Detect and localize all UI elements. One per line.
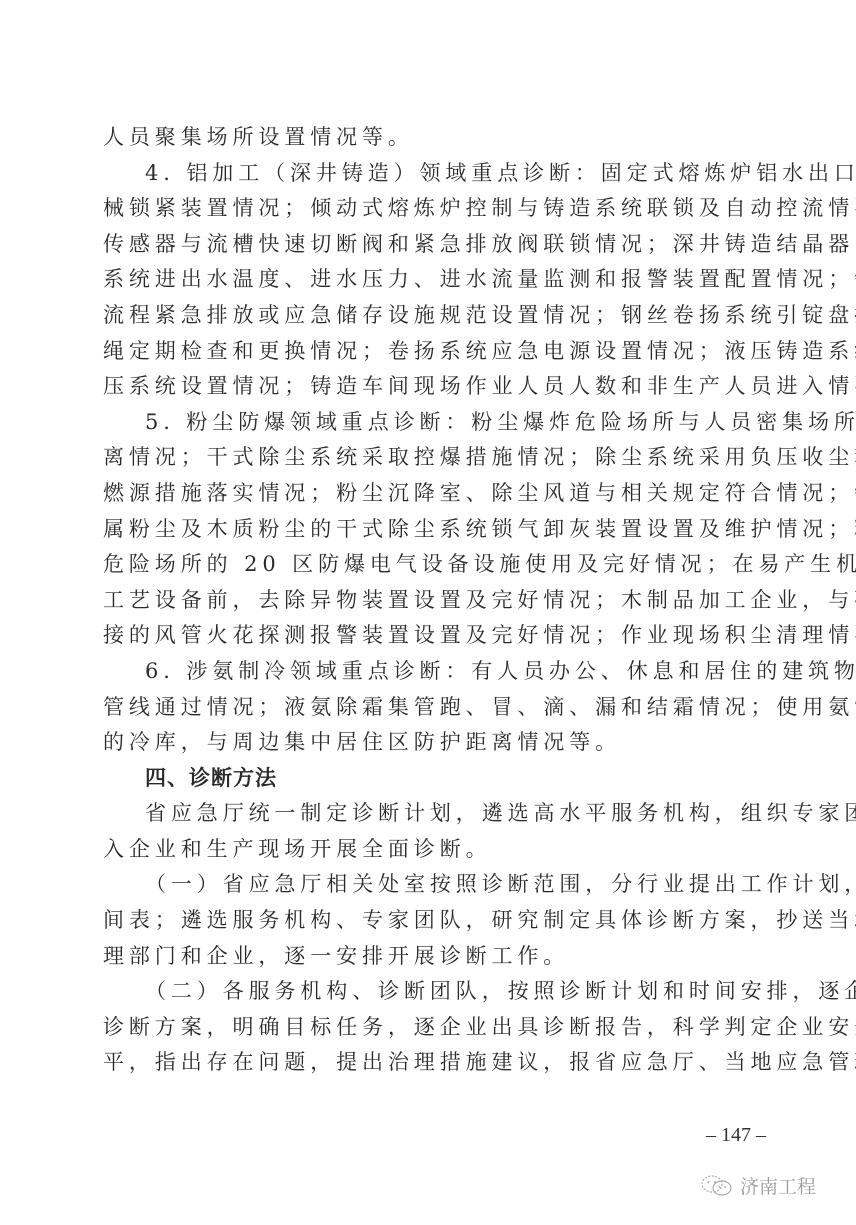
watermark-text: 济南工程 xyxy=(740,1172,816,1199)
text-line: 压系统设置情况；铸造车间现场作业人员人数和非生产人员进入情况等。 xyxy=(103,369,765,405)
text-line-section-5: 5. 粉尘防爆领域重点诊断：粉尘爆炸危险场所与人员密集场所安全距 xyxy=(103,405,765,441)
text-line: 入企业和生产现场开展全面诊断。 xyxy=(103,832,765,868)
text-line: 的冷库，与周边集中居住区防护距离情况等。 xyxy=(103,725,765,761)
text-line: 人员聚集场所设置情况等。 xyxy=(103,120,765,156)
text-line: 燃源措施落实情况；粉尘沉降室、除尘风道与相关规定符合情况；铝镁等金 xyxy=(103,476,765,512)
text-line: 接的风管火花探测报警装置设置及完好情况；作业现场积尘清理情况等。 xyxy=(103,618,765,654)
watermark: 济南工程 xyxy=(700,1172,816,1199)
text-line: 平，指出存在问题，提出治理措施建议，报省应急厅、当地应急管理部门和 xyxy=(103,1045,765,1081)
text-line: 间表；遴选服务机构、专家团队，研究制定具体诊断方案，抄送当地应急管 xyxy=(103,903,765,939)
text-line-section-6: 6. 涉氨制冷领域重点诊断：有人员办公、休息和居住的建筑物，液氨 xyxy=(103,654,765,690)
text-line: 工艺设备前，去除异物装置设置及完好情况；木制品加工企业，与砂光机连 xyxy=(103,583,765,619)
text-line-subsection-2: （二）各服务机构、诊断团队，按照诊断计划和时间安排，逐企业制定 xyxy=(103,974,765,1010)
text-line: 绳定期检查和更换情况；卷扬系统应急电源设置情况；液压铸造系统手动泄 xyxy=(103,334,765,370)
section-heading-diagnosis-method: 四、诊断方法 xyxy=(103,761,765,797)
text-line: 属粉尘及木质粉尘的干式除尘系统锁气卸灰装置设置及维护情况；粉尘爆炸 xyxy=(103,512,765,548)
text-line: 危险场所的 20 区防爆电气设备设施使用及完好情况；在易产生机械点火源 xyxy=(103,547,765,583)
text-line: 管线通过情况；液氨除霜集管跑、冒、滴、漏和结霜情况；使用氨制冷介质 xyxy=(103,690,765,726)
wechat-icon xyxy=(700,1174,734,1198)
text-line-subsection-1: （一）省应急厅相关处室按照诊断范围，分行业提出工作计划，明确时 xyxy=(103,867,765,903)
text-line: 传感器与流槽快速切断阀和紧急排放阀联锁情况；深井铸造结晶器的冷却水 xyxy=(103,227,765,263)
text-line-section-4: 4. 铝加工（深井铸造）领域重点诊断：固定式熔炼炉铝水出口设置机 xyxy=(103,156,765,192)
text-line: 系统进出水温度、进水压力、进水流量监测和报警装置配置情况；铝水铸造 xyxy=(103,262,765,298)
document-page: 人员聚集场所设置情况等。 4. 铝加工（深井铸造）领域重点诊断：固定式熔炼炉铝水… xyxy=(0,0,856,1225)
text-line: 械锁紧装置情况；倾动式熔炼炉控制与铸造系统联锁及自动控流情况；液位 xyxy=(103,191,765,227)
text-line: 流程紧急排放或应急储存设施规范设置情况；钢丝卷扬系统引锭盘托架钢丝 xyxy=(103,298,765,334)
text-line: 离情况；干式除尘系统采取控爆措施情况；除尘系统采用负压收尘和防范点 xyxy=(103,440,765,476)
document-body: 人员聚集场所设置情况等。 4. 铝加工（深井铸造）领域重点诊断：固定式熔炼炉铝水… xyxy=(103,120,765,1081)
text-line: 省应急厅统一制定诊断计划，遴选高水平服务机构，组织专家团队，深 xyxy=(103,796,765,832)
text-line: 诊断方案，明确目标任务，逐企业出具诊断报告，科学判定企业安全管理水 xyxy=(103,1010,765,1046)
page-number: – 147 – xyxy=(706,1124,766,1147)
text-line: 理部门和企业，逐一安排开展诊断工作。 xyxy=(103,939,765,975)
